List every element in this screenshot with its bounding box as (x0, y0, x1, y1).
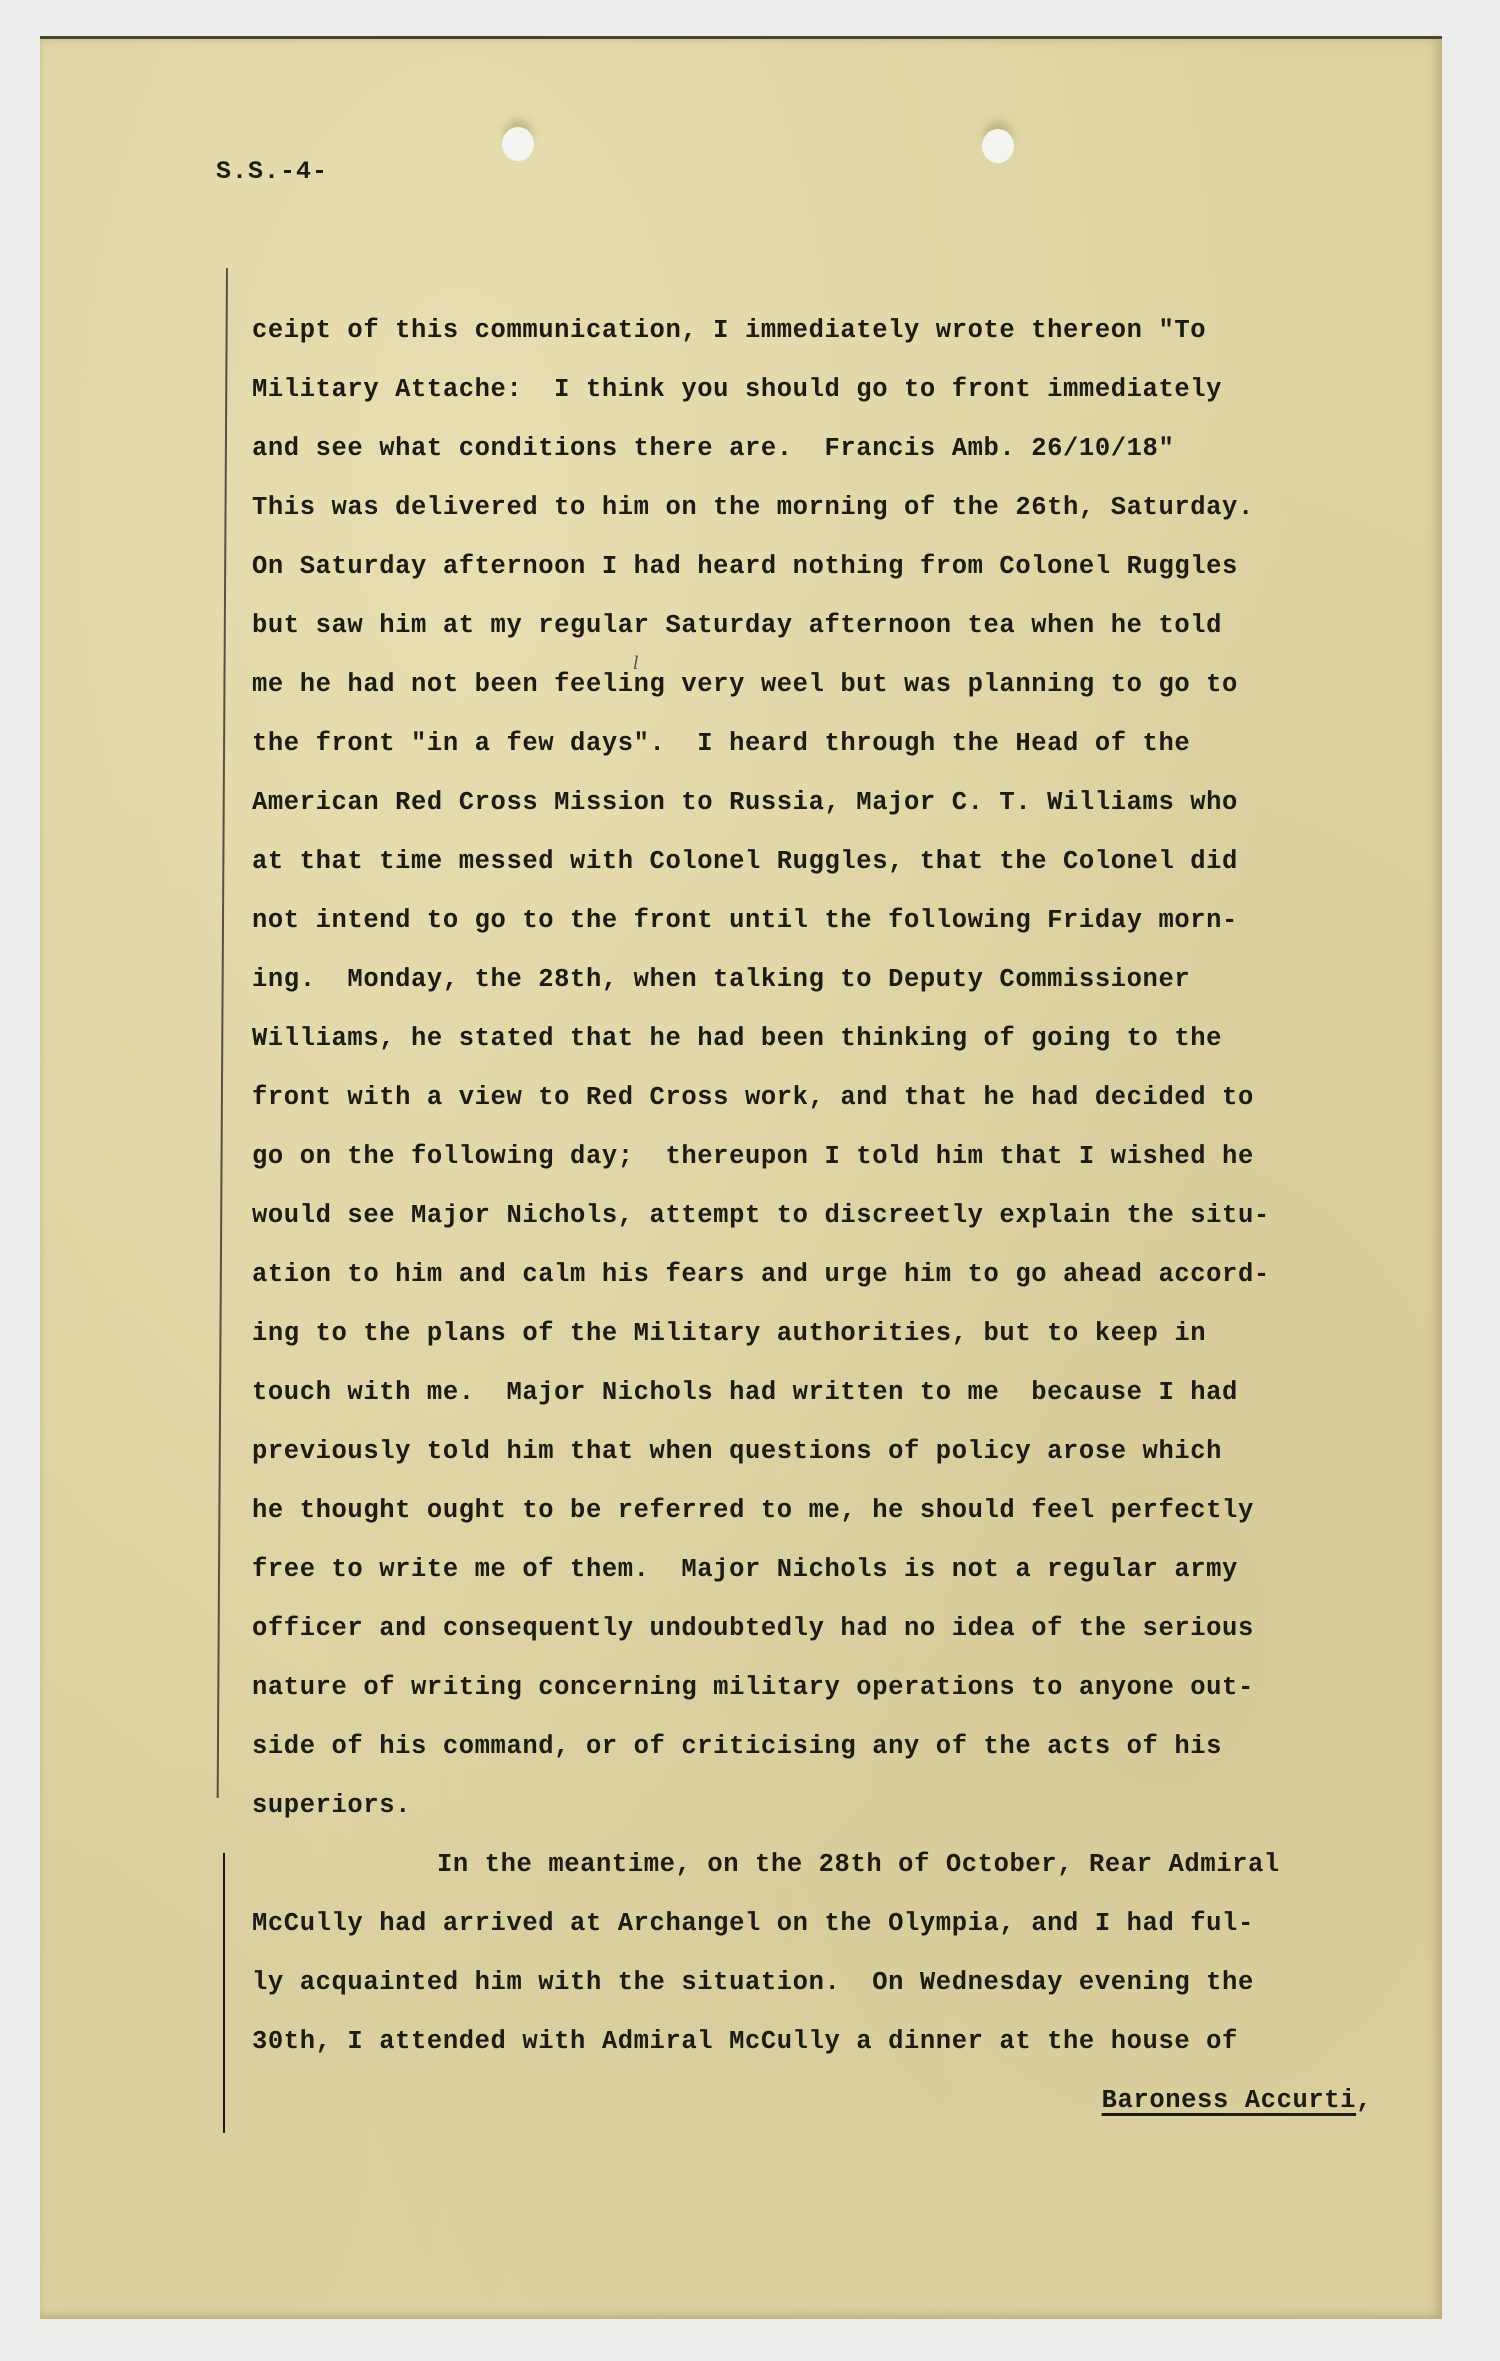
text-line: ing. Monday, the 28th, when talking to D… (252, 950, 1432, 1009)
margin-ink-line (223, 1853, 225, 2133)
punch-hole-right (982, 129, 1014, 163)
catchword: Baroness Accurti (1102, 2086, 1356, 2115)
text-line: would see Major Nichols, attempt to disc… (252, 1186, 1432, 1245)
text-line: at that time messed with Colonel Ruggles… (252, 832, 1432, 891)
text-line: 30th, I attended with Admiral McCully a … (252, 2012, 1432, 2071)
punch-hole-left (502, 127, 534, 161)
text-line: This was delivered to him on the morning… (252, 478, 1432, 537)
text-line: and see what conditions there are. Franc… (252, 419, 1432, 478)
text-line: On Saturday afternoon I had heard nothin… (252, 537, 1432, 596)
text-line: not intend to go to the front until the … (252, 891, 1432, 950)
page-reference: S.S.-4- (216, 157, 328, 186)
text-line: free to write me of them. Major Nichols … (252, 1540, 1432, 1599)
text-line: McCully had arrived at Archangel on the … (252, 1894, 1432, 1953)
margin-pencil-line (217, 268, 228, 1798)
text-line: Military Attache: I think you should go … (252, 360, 1432, 419)
text-line: nature of writing concerning military op… (252, 1658, 1432, 1717)
text-line: go on the following day; thereupon I tol… (252, 1127, 1432, 1186)
text-line: he thought ought to be referred to me, h… (252, 1481, 1432, 1540)
text-line: side of his command, or of criticising a… (252, 1717, 1432, 1776)
text-line: me he had not been feeling very weel but… (252, 655, 1432, 714)
catchword-line: Baroness Accurti, (252, 2071, 1432, 2130)
text-line: Williams, he stated that he had been thi… (252, 1009, 1432, 1068)
text-line: In the meantime, on the 28th of October,… (252, 1835, 1432, 1894)
text-line: officer and consequently undoubtedly had… (252, 1599, 1432, 1658)
text-line: the front "in a few days". I heard throu… (252, 714, 1432, 773)
text-line: ing to the plans of the Military authori… (252, 1304, 1432, 1363)
catchword-punctuation: , (1356, 2086, 1372, 2115)
letter-body: ceipt of this communication, I immediate… (252, 301, 1432, 2130)
text-line: American Red Cross Mission to Russia, Ma… (252, 773, 1432, 832)
text-line: front with a view to Red Cross work, and… (252, 1068, 1432, 1127)
text-line: superiors. (252, 1776, 1432, 1835)
typed-letter-page: S.S.-4- l ceipt of this communication, I… (40, 36, 1442, 2319)
text-line: ceipt of this communication, I immediate… (252, 301, 1432, 360)
paragraph-2: In the meantime, on the 28th of October,… (252, 1835, 1432, 2071)
text-line: touch with me. Major Nichols had written… (252, 1363, 1432, 1422)
text-line: previously told him that when questions … (252, 1422, 1432, 1481)
paragraph-1: ceipt of this communication, I immediate… (252, 301, 1432, 1835)
text-line: ly acquainted him with the situation. On… (252, 1953, 1432, 2012)
text-line: ation to him and calm his fears and urge… (252, 1245, 1432, 1304)
text-line: but saw him at my regular Saturday after… (252, 596, 1432, 655)
